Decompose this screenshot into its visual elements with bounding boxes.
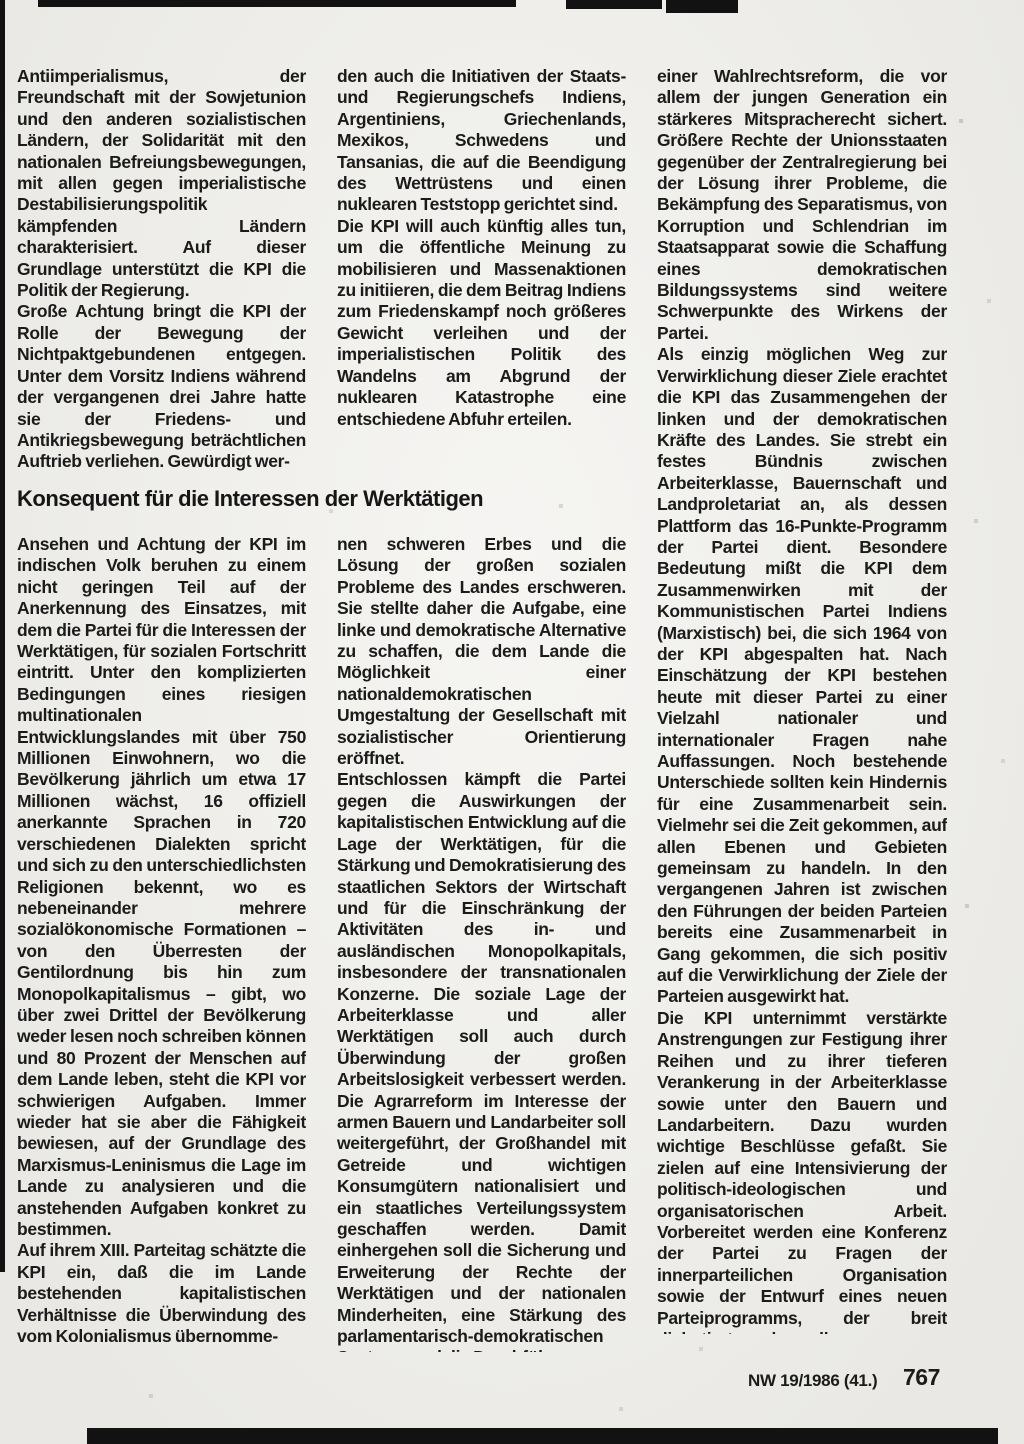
scan-artifact-bottom-bar [87,1428,998,1444]
bottom-left-column: Ansehen und Achtung der KPI im indischen… [17,534,306,1352]
paragraph: Entschlossen kämpft die Partei gegen die… [337,769,626,1352]
right-column: einer Wahlrechtsreform, die vor allem de… [657,66,947,1334]
paragraph: einer Wahlrechtsreform, die vor allem de… [657,66,947,344]
footer-issue-label: NW 19/1986 (41.) [748,1371,877,1391]
scan-artifact-top-bar-3 [666,0,738,13]
paragraph: Große Achtung bringt die KPI der Rolle d… [17,301,306,472]
paragraph: Auf ihrem XIII. Parteitag schätzte die K… [17,1240,306,1347]
scan-artifact-left-edge [0,0,5,1272]
bottom-middle-column: nen schweren Erbes und die Lösung der gr… [337,534,626,1352]
paragraph: Ansehen und Achtung der KPI im indischen… [17,534,306,1240]
scan-noise-speckles [0,0,2,2]
scan-artifact-top-bar-1 [38,0,516,7]
top-left-column: Antiimperialismus, der Freundschaft mit … [17,66,306,480]
paragraph: nen schweren Erbes und die Lösung der gr… [337,534,626,769]
footer-page-number: 767 [903,1364,940,1391]
paragraph: Antiimperialismus, der Freundschaft mit … [17,66,306,301]
top-middle-column: den auch die Initiativen der Staats- und… [337,66,626,480]
scan-artifact-top-bar-2 [566,0,662,9]
paragraph: Die KPI will auch künftig alles tun, um … [337,216,626,430]
section-heading: Konsequent für die Interessen der Werktä… [17,486,637,512]
paragraph: den auch die Initiativen der Staats- und… [337,66,626,216]
paragraph: Die KPI unternimmt verstärkte Anstrengun… [657,1008,947,1334]
paragraph: Als einzig möglichen Weg zur Verwirklich… [657,344,947,1008]
scanned-magazine-page: Antiimperialismus, der Freundschaft mit … [0,0,1024,1444]
